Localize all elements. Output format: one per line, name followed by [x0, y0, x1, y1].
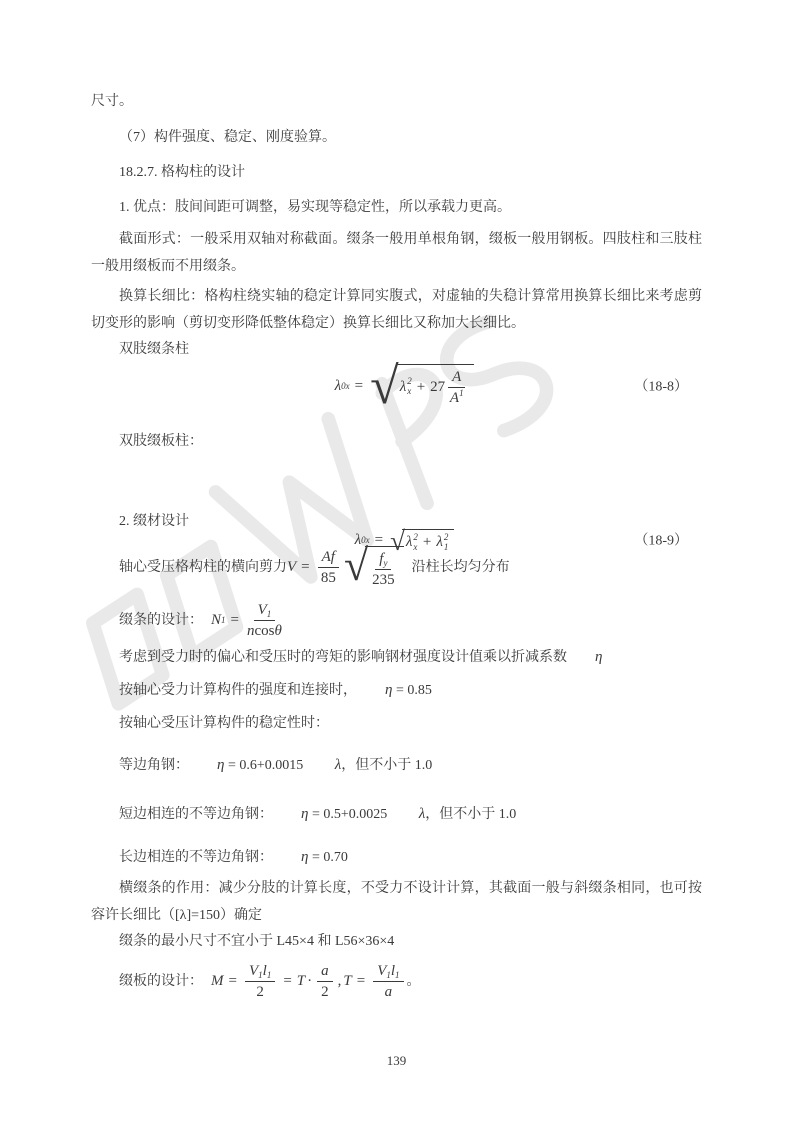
heading-18-2-7: 18.2.7. 格构柱的设计 — [91, 163, 702, 182]
paragraph-section-form: 截面形式：一般采用双轴对称截面。缀条一般用单根角钢，缀板一般用钢板。四肢柱和三肢… — [91, 226, 702, 280]
formula-lacing: N1 = V1 ncosθ — [211, 601, 285, 640]
paragraph-eta-intro: 考虑到受力时的偏心和受压时的弯矩的影响钢材强度设计值乘以折减系数η — [91, 648, 702, 667]
shear-formula-line: 轴心受压格构柱的横向剪力 V = Af 85 √ fy 235 沿柱长均匀分布 — [91, 540, 730, 594]
fraction-A-A1: A A1 — [448, 368, 465, 407]
fraction-Af-85: Af 85 — [318, 548, 339, 587]
paragraph-battened-column: 双肢缀板柱： — [91, 432, 702, 451]
paragraph-advantage: 1. 优点：肢间间距可调整，易实现等稳定性，所以承载力更高。 — [91, 198, 702, 217]
formula-plate: M = V1l1 2 = T · a 2 , T = V1l1 a — [211, 962, 407, 1001]
heading-lacing-design: 2. 缀材设计 — [91, 512, 702, 531]
formula-shear: V = Af 85 √ fy 235 — [287, 546, 404, 589]
document-page: 尺寸。 （7）构件强度、稳定、刚度验算。 18.2.7. 格构柱的设计 1. 优… — [0, 0, 793, 1122]
fraction-a-2: a 2 — [317, 962, 333, 1001]
formula-18-8: λ0x = √ λ2x + 27 A A1 — [335, 364, 475, 411]
radical: √ λ2x + 27 A A1 — [370, 364, 474, 411]
paragraph-strength-eta: 按轴心受力计算构件的强度和连接时，η = 0.85 — [91, 681, 702, 700]
fraction-V1l1-a: V1l1 a — [373, 962, 403, 1001]
fraction-fy-235: fy 235 — [372, 550, 395, 589]
paragraph-long-leg-angle: 长边相连的不等边角钢：η = 0.70 — [91, 848, 702, 867]
radical: √ fy 235 — [344, 546, 404, 589]
equation-number-18-8: （18-8） — [634, 378, 688, 397]
plate-formula-line: 缀板的设计： M = V1l1 2 = T · a 2 , T = V1l1 a… — [91, 958, 730, 1004]
paragraph-size: 尺寸。 — [91, 92, 702, 111]
paragraph-equal-angle: 等边角钢：η = 0.6+0.0015 λ，但不小于 1.0 — [91, 756, 702, 775]
paragraph-item7: （7）构件强度、稳定、刚度验算。 — [91, 128, 702, 147]
paragraph-stability: 按轴心受压计算构件的稳定性时： — [91, 714, 702, 733]
paragraph-min-size: 缀条的最小尺寸不宜小于 L45×4 和 L56×36×4 — [91, 932, 702, 951]
fraction-V1l1-2: V1l1 2 — [245, 962, 275, 1001]
paragraph-horizontal-lacing: 横缀条的作用：减少分肢的计算长度，不受力不设计计算，其截面一般与斜缀条相同，也可… — [91, 875, 702, 929]
lacing-formula-line: 缀条的设计： N1 = V1 ncosθ — [91, 596, 730, 644]
formula-line-18-8: λ0x = √ λ2x + 27 A A1 （18-8） — [91, 356, 702, 418]
fraction-V1-ncos: V1 ncosθ — [247, 601, 282, 640]
paragraph-slenderness: 换算长细比：格构柱绕实轴的稳定计算同实腹式，对虚轴的失稳计算常用换算长细比来考虑… — [91, 283, 702, 337]
page-number: 139 — [0, 1051, 793, 1070]
paragraph-short-leg-angle: 短边相连的不等边角钢：η = 0.5+0.0025 λ，但不小于 1.0 — [91, 805, 702, 824]
